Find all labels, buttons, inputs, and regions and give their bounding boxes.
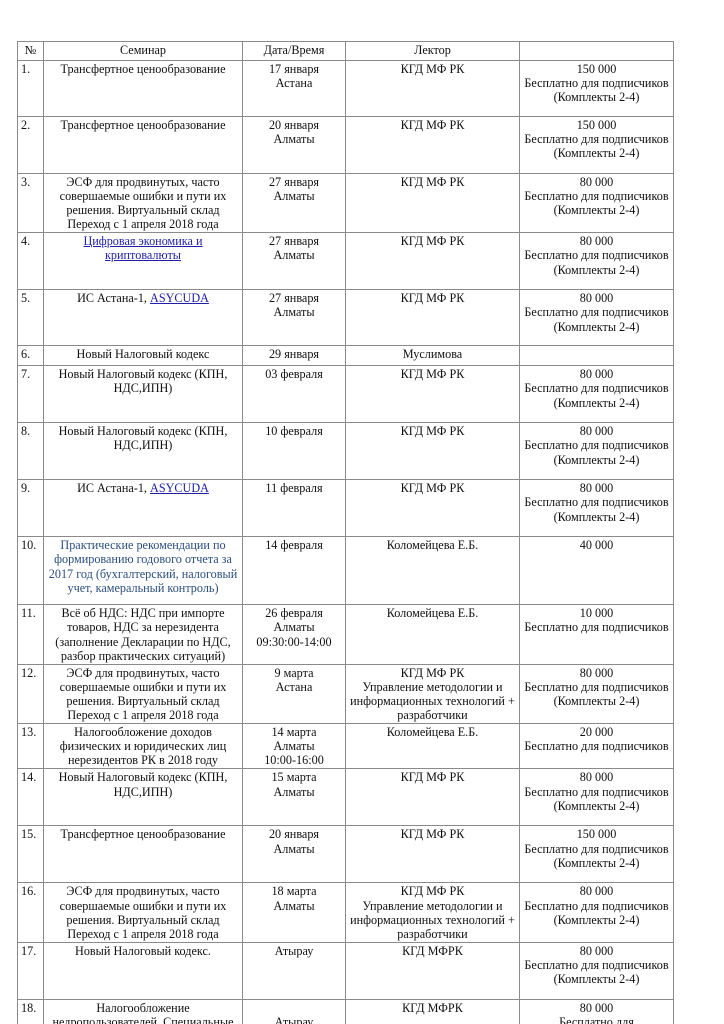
- seminar-title: ЭСФ для продвинутых, часто совершаемые о…: [44, 664, 243, 723]
- price: 80 000 Бесплатно для: [520, 999, 674, 1024]
- date-location: Атырау: [243, 999, 346, 1024]
- seminar-title: Новый Налоговый кодекс (КПН, НДС,ИПН): [44, 769, 243, 826]
- row-number: 14.: [18, 769, 44, 826]
- seminar-title-text: Практические рекомендации по формировани…: [49, 538, 237, 594]
- price: 80 000 Бесплатно для подписчиков (Компле…: [520, 480, 674, 537]
- seminar-title: Трансфертное ценообразование: [44, 61, 243, 117]
- row-number: 17.: [18, 942, 44, 999]
- table-header-row: № Семинар Дата/Время Лектор: [18, 42, 674, 61]
- lecturer: Коломейцева Е.Б.: [346, 605, 520, 664]
- date-location: Атырау: [243, 942, 346, 999]
- row-number: 12.: [18, 664, 44, 723]
- date-location: 03 февраля: [243, 366, 346, 423]
- date-location: 20 января Алматы: [243, 826, 346, 883]
- price: [520, 346, 674, 366]
- table-row: 1. Трансфертное ценообразование 17 январ…: [18, 61, 674, 117]
- seminar-title: ИС Астана-1, ASYCUDA: [44, 290, 243, 346]
- lecturer: КГД МФ РК: [346, 480, 520, 537]
- row-number: 10.: [18, 537, 44, 605]
- seminar-title: Цифровая экономика и криптовалюты: [44, 233, 243, 290]
- row-number: 16.: [18, 883, 44, 942]
- table-row: 11. Всё об НДС: НДС при импорте товаров,…: [18, 605, 674, 664]
- lecturer: Коломейцева Е.Б.: [346, 724, 520, 769]
- price: 80 000 Бесплатно для подписчиков (Компле…: [520, 883, 674, 942]
- table-row: 6. Новый Налоговый кодекс 29 января Мусл…: [18, 346, 674, 366]
- date-location: 14 февраля: [243, 537, 346, 605]
- table-row: 7. Новый Налоговый кодекс (КПН, НДС,ИПН)…: [18, 366, 674, 423]
- header-price: [520, 42, 674, 61]
- table-row: 14. Новый Налоговый кодекс (КПН, НДС,ИПН…: [18, 769, 674, 826]
- row-number: 18.: [18, 999, 44, 1024]
- seminar-link[interactable]: ASYCUDA: [150, 481, 209, 495]
- table-row: 15. Трансфертное ценообразование 20 янва…: [18, 826, 674, 883]
- seminar-link[interactable]: ASYCUDA: [150, 291, 209, 305]
- seminar-title-prefix: ИС Астана-1,: [77, 481, 150, 495]
- price: 80 000 Бесплатно для подписчиков (Компле…: [520, 290, 674, 346]
- seminar-title-prefix: ИС Астана-1,: [77, 291, 150, 305]
- table-row: 10. Практические рекомендации по формиро…: [18, 537, 674, 605]
- date-location: 27 января Алматы: [243, 233, 346, 290]
- date-location: 14 марта Алматы 10:00-16:00: [243, 724, 346, 769]
- date-location: 15 марта Алматы: [243, 769, 346, 826]
- lecturer: КГД МФ РК Управление методологии и инфор…: [346, 664, 520, 723]
- date-location: 26 февраля Алматы 09:30:00-14:00: [243, 605, 346, 664]
- price: 150 000 Бесплатно для подписчиков (Компл…: [520, 826, 674, 883]
- table-body: 1. Трансфертное ценообразование 17 январ…: [18, 61, 674, 1024]
- date-location: 27 января Алматы: [243, 174, 346, 233]
- table-row: 12. ЭСФ для продвинутых, часто совершаем…: [18, 664, 674, 723]
- seminar-title: Налогообложение доходов физических и юри…: [44, 724, 243, 769]
- date-location: 18 марта Алматы: [243, 883, 346, 942]
- lecturer: КГД МФ РК: [346, 826, 520, 883]
- lecturer: КГД МФ РК: [346, 423, 520, 480]
- row-number: 13.: [18, 724, 44, 769]
- price: 80 000 Бесплатно для подписчиков (Компле…: [520, 664, 674, 723]
- lecturer: КГД МФ РК: [346, 233, 520, 290]
- row-number: 9.: [18, 480, 44, 537]
- seminar-title: Трансфертное ценообразование: [44, 117, 243, 174]
- price: 20 000 Бесплатно для подписчиков: [520, 724, 674, 769]
- seminar-title: Налогообложение недропользователей. Спец…: [44, 999, 243, 1024]
- date-location: 9 марта Астана: [243, 664, 346, 723]
- seminar-title: Практические рекомендации по формировани…: [44, 537, 243, 605]
- seminar-link[interactable]: Цифровая экономика и криптовалюты: [83, 234, 202, 262]
- lecturer: КГД МФ РК: [346, 290, 520, 346]
- date-location: 29 января: [243, 346, 346, 366]
- row-number: 2.: [18, 117, 44, 174]
- price: 80 000 Бесплатно для подписчиков (Компле…: [520, 366, 674, 423]
- row-number: 8.: [18, 423, 44, 480]
- date-location: 10 февраля: [243, 423, 346, 480]
- table-row: 2. Трансфертное ценообразование 20 январ…: [18, 117, 674, 174]
- row-number: 7.: [18, 366, 44, 423]
- row-number: 4.: [18, 233, 44, 290]
- price: 10 000 Бесплатно для подписчиков: [520, 605, 674, 664]
- lecturer: КГД МФ РК Управление методологии и инфор…: [346, 883, 520, 942]
- table-row: 4. Цифровая экономика и криптовалюты 27 …: [18, 233, 674, 290]
- price: 80 000 Бесплатно для подписчиков (Компле…: [520, 233, 674, 290]
- seminar-title: ЭСФ для продвинутых, часто совершаемые о…: [44, 883, 243, 942]
- price: 150 000 Бесплатно для подписчиков (Компл…: [520, 117, 674, 174]
- table-row: 3. ЭСФ для продвинутых, часто совершаемы…: [18, 174, 674, 233]
- price: 80 000 Бесплатно для подписчиков (Компле…: [520, 942, 674, 999]
- table-row: 18. Налогообложение недропользователей. …: [18, 999, 674, 1024]
- date-location: 20 января Алматы: [243, 117, 346, 174]
- table-row: 9. ИС Астана-1, ASYCUDA 11 февраля КГД М…: [18, 480, 674, 537]
- row-number: 1.: [18, 61, 44, 117]
- table-row: 8. Новый Налоговый кодекс (КПН, НДС,ИПН)…: [18, 423, 674, 480]
- seminar-title: Трансфертное ценообразование: [44, 826, 243, 883]
- row-number: 15.: [18, 826, 44, 883]
- row-number: 5.: [18, 290, 44, 346]
- seminar-title: Всё об НДС: НДС при импорте товаров, НДС…: [44, 605, 243, 664]
- table-row: 16. ЭСФ для продвинутых, часто совершаем…: [18, 883, 674, 942]
- seminar-title: Новый Налоговый кодекс.: [44, 942, 243, 999]
- seminar-title: ЭСФ для продвинутых, часто совершаемые о…: [44, 174, 243, 233]
- price: 150 000 Бесплатно для подписчиков (Компл…: [520, 61, 674, 117]
- seminar-title: Новый Налоговый кодекс (КПН, НДС,ИПН): [44, 423, 243, 480]
- header-seminar: Семинар: [44, 42, 243, 61]
- seminar-title: ИС Астана-1, ASYCUDA: [44, 480, 243, 537]
- lecturer: Муслимова: [346, 346, 520, 366]
- header-lecturer: Лектор: [346, 42, 520, 61]
- table-row: 13. Налогообложение доходов физических и…: [18, 724, 674, 769]
- row-number: 6.: [18, 346, 44, 366]
- price: 80 000 Бесплатно для подписчиков (Компле…: [520, 769, 674, 826]
- date-location: 17 января Астана: [243, 61, 346, 117]
- lecturer: КГД МФ РК: [346, 174, 520, 233]
- price: 40 000: [520, 537, 674, 605]
- header-number: №: [18, 42, 44, 61]
- row-number: 3.: [18, 174, 44, 233]
- seminar-schedule-table: № Семинар Дата/Время Лектор 1. Трансферт…: [17, 41, 674, 1024]
- lecturer: КГД МФРК: [346, 999, 520, 1024]
- lecturer: КГД МФ РК: [346, 769, 520, 826]
- header-date-time: Дата/Время: [243, 42, 346, 61]
- price: 80 000 Бесплатно для подписчиков (Компле…: [520, 423, 674, 480]
- date-location: 27 января Алматы: [243, 290, 346, 346]
- date-location: 11 февраля: [243, 480, 346, 537]
- lecturer: КГД МФ РК: [346, 366, 520, 423]
- lecturer: КГД МФРК: [346, 942, 520, 999]
- lecturer: Коломейцева Е.Б.: [346, 537, 520, 605]
- seminar-title: Новый Налоговый кодекс: [44, 346, 243, 366]
- row-number: 11.: [18, 605, 44, 664]
- price: 80 000 Бесплатно для подписчиков (Компле…: [520, 174, 674, 233]
- lecturer: КГД МФ РК: [346, 61, 520, 117]
- table-row: 5. ИС Астана-1, ASYCUDA 27 января Алматы…: [18, 290, 674, 346]
- lecturer: КГД МФ РК: [346, 117, 520, 174]
- seminar-title: Новый Налоговый кодекс (КПН, НДС,ИПН): [44, 366, 243, 423]
- table-row: 17. Новый Налоговый кодекс. Атырау КГД М…: [18, 942, 674, 999]
